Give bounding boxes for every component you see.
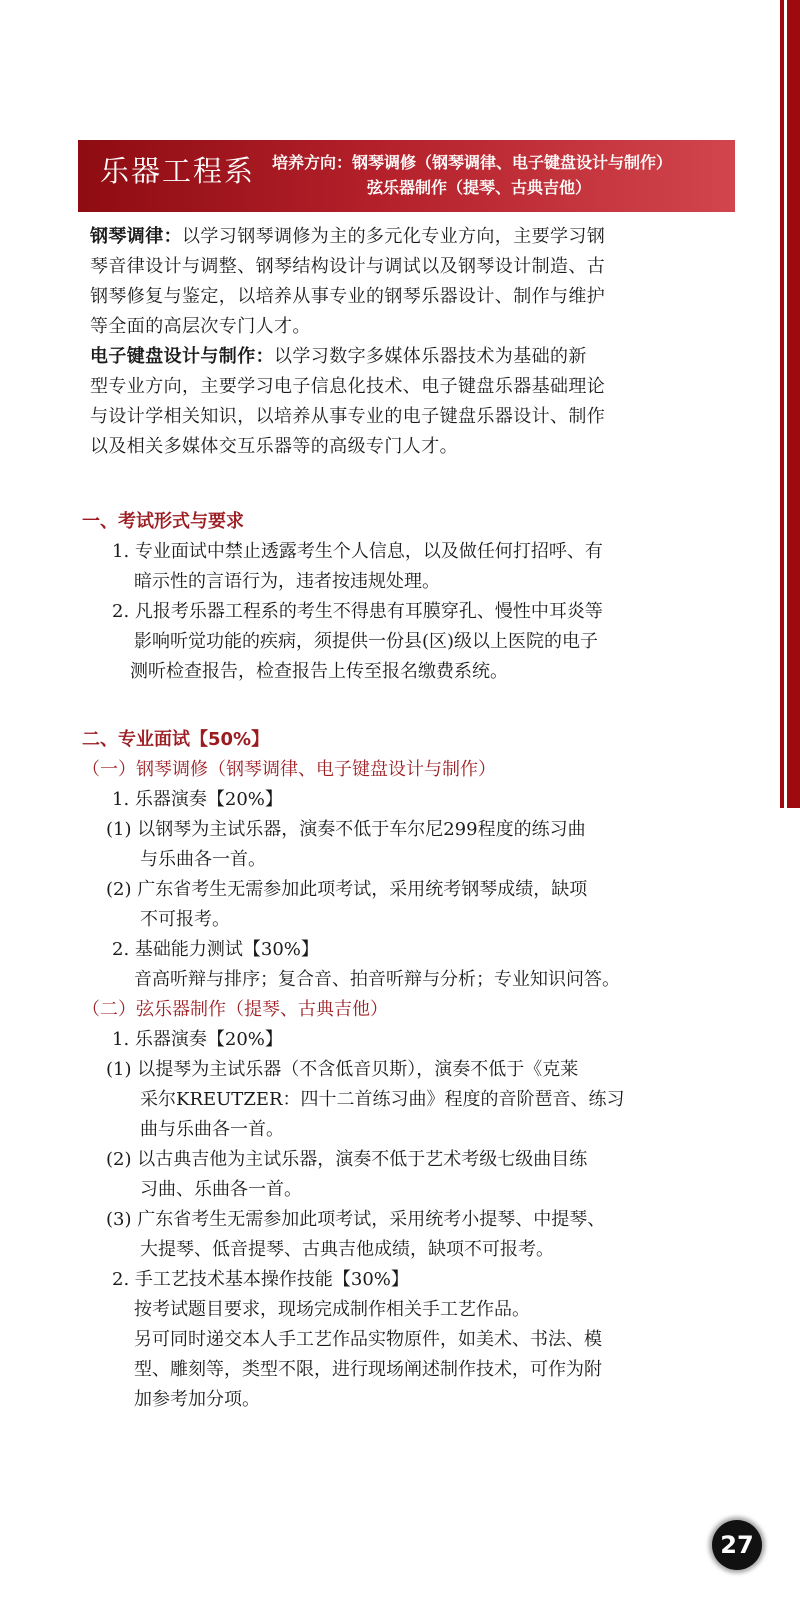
side-decor-thin-line bbox=[780, 0, 784, 808]
intro-label: 电子键盘设计与制作： bbox=[90, 346, 274, 367]
point-piano-2: (2) 广东省考生无需参加此项考试，采用统考钢琴成绩，缺项 不可报考。 bbox=[90, 875, 715, 935]
handcraft-desc-line: 按考试题目要求，现场完成制作相关手工艺作品。 bbox=[90, 1295, 715, 1325]
department-title: 乐器工程系 bbox=[100, 149, 255, 190]
department-banner: 乐器工程系 培养方向：钢琴调修（钢琴调律、电子键盘设计与制作） 弦乐器制作（提琴… bbox=[78, 140, 735, 212]
item-handcraft-skills: 2. 手工艺技术基本操作技能【30%】 bbox=[90, 1265, 715, 1295]
exam-rule-2: 2. 凡报考乐器工程系的考生不得患有耳膜穿孔、慢性中耳炎等 影响听觉功能的疾病，… bbox=[90, 597, 715, 687]
item-instrument-performance: 1. 乐器演奏【20%】 bbox=[90, 785, 715, 815]
handcraft-desc-line: 加参考加分项。 bbox=[90, 1385, 715, 1415]
exam-rule-1: 1. 专业面试中禁止透露考生个人信息，以及做任何打招呼、有 暗示性的言语行为，违… bbox=[90, 537, 715, 597]
point-piano-1: (1) 以钢琴为主试乐器，演奏不低于车尔尼299程度的练习曲 与乐曲各一首。 bbox=[90, 815, 715, 875]
training-direction-line1: 培养方向：钢琴调修（钢琴调律、电子键盘设计与制作） bbox=[272, 153, 672, 172]
intro-electronic-keyboard: 电子键盘设计与制作：以学习数字多媒体乐器技术为基础的新 型专业方向，主要学习电子… bbox=[90, 342, 715, 462]
side-decor-thick-bar bbox=[787, 0, 800, 808]
subsection-piano-repair: （一）钢琴调修（钢琴调律、电子键盘设计与制作） bbox=[82, 755, 715, 785]
item-basic-ability-test: 2. 基础能力测试【30%】 bbox=[90, 935, 715, 965]
intro-piano-tuning: 钢琴调律：以学习钢琴调修为主的多元化专业方向，主要学习钢 琴音律设计与调整、钢琴… bbox=[90, 222, 715, 342]
training-direction: 培养方向：钢琴调修（钢琴调律、电子键盘设计与制作） 弦乐器制作（提琴、古典吉他） bbox=[272, 150, 672, 200]
training-direction-line2: 弦乐器制作（提琴、古典吉他） bbox=[272, 175, 672, 200]
point-string-1: (1) 以提琴为主试乐器（不含低音贝斯），演奏不低于《克莱 采尔KREUTZER… bbox=[90, 1055, 715, 1145]
section-heading-exam-form: 一、考试形式与要求 bbox=[82, 507, 715, 537]
section-heading-interview: 二、专业面试【50%】 bbox=[82, 725, 715, 755]
page-number-badge: 27 bbox=[712, 1520, 762, 1570]
basic-ability-desc: 音高听辩与排序；复合音、拍音听辩与分析；专业知识问答。 bbox=[90, 965, 715, 995]
handcraft-desc-line: 另可同时递交本人手工艺作品实物原件，如美术、书法、模 bbox=[90, 1325, 715, 1355]
item-instrument-performance: 1. 乐器演奏【20%】 bbox=[90, 1025, 715, 1055]
intro-label: 钢琴调律： bbox=[90, 226, 182, 247]
point-string-2: (2) 以古典吉他为主试乐器，演奏不低于艺术考级七级曲目练 习曲、乐曲各一首。 bbox=[90, 1145, 715, 1205]
subsection-string-making: （二）弦乐器制作（提琴、古典吉他） bbox=[82, 995, 715, 1025]
page-content: 钢琴调律：以学习钢琴调修为主的多元化专业方向，主要学习钢 琴音律设计与调整、钢琴… bbox=[90, 222, 715, 1415]
handcraft-desc-line: 型、雕刻等，类型不限，进行现场阐述制作技术，可作为附 bbox=[90, 1355, 715, 1385]
point-string-3: (3) 广东省考生无需参加此项考试，采用统考小提琴、中提琴、 大提琴、低音提琴、… bbox=[90, 1205, 715, 1265]
